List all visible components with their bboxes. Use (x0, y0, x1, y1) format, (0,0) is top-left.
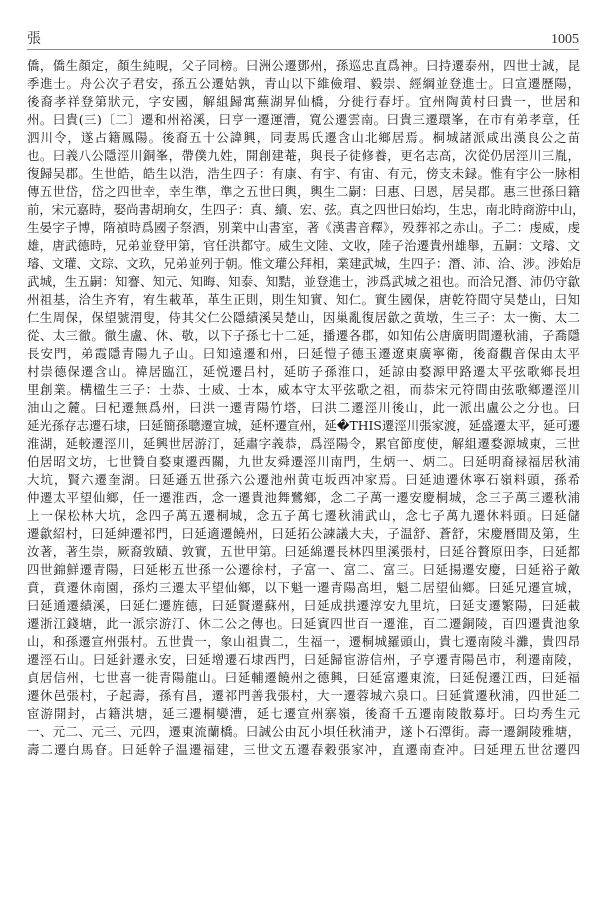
text-line: 璿、文瓘、文琮、文玖，兄弟並列于朝。惟文瓘公拜相，業建武城，生四子：潛、沛、洽、… (27, 255, 580, 273)
text-line: 汝著，著生崇，厥裔敦賾、敦實，五世甲第。曰延綿遷長林四里溪張村，曰延谷贅原田李，… (27, 543, 580, 561)
text-line: 前，宋元嘉時，娶尚書胡珦女，生四子：真、續、宏、弦。真之四世曰始均，生忠，南北時… (27, 201, 580, 219)
text-line: 伯居昭文坊，七世贊自婺東遷西關，九世友舜遷涇川南門，生炳一、炳二。曰延明裔禄福居… (27, 453, 580, 471)
text-line: 里創業。構楹生三子：士恭、士威、士本，威本守太平弦歌之祖，而恭宋元符間由弦歌鄉遷… (27, 381, 580, 399)
text-line: 州。曰貴(三)〔二〕遷和州裕溪，曰亨一遷運漕，寬公遷雲南。曰貴三遷環峯，在市有弟… (27, 111, 580, 129)
text-line: 從、太三徹。徹生盧、休、敬，以下子孫七十二延，播遷各郡，如知佑公唐廣明間遷秋浦，… (27, 327, 580, 345)
text-line: 村崇德保遷含山。禕居臨江，延悦遷吕村，延昉子孫淮口，延諒由婺源甲路遷太平弦歌鄉長… (27, 363, 580, 381)
text-line: 遷涇石山。曰延針遷永安，曰延增遷石埭西門，曰延歸宦游信州，子亨遷青陽邑市，利遷南… (27, 651, 580, 669)
text-line: 遷休邑張村，子起壽，孫有昌，遷祁門善我張村，大一遷蓉城六泉口。曰延賞遷秋浦，四世… (27, 687, 580, 705)
text-line: 貞居信州，七世喜一徙青陽龍山。曰延輔遷饒州之德興，曰延富遷東流，曰延倪遷江西，曰… (27, 669, 580, 687)
page-number: 1005 (551, 32, 579, 48)
running-title: 張 (27, 28, 41, 48)
text-line: 曰延通遷績溪，曰延仁遷旌德，曰延賢遷蘇州，曰延成拱遷淳安九里坑，曰延支遷繁陽，曰… (27, 597, 580, 615)
text-line: 遷歙紹村，曰延紳遷祁門，曰延適遷饒州，曰延拓公諫議大夫，子温舒、蒼舒，宋慶曆間及… (27, 525, 580, 543)
text-line (27, 759, 580, 777)
text-line: 武城，生五嗣：知謇、知元、知晦、知泰、知黠，並登進士，涉爲武城之祖也。而洽兄潛、… (27, 273, 580, 291)
text-line (27, 777, 580, 795)
text-line: 壽二遷白馬眘。曰延幹子温遷福建，三世文五遷春穀張家冲，直遷南查冲。曰延理五世岔遷… (27, 741, 580, 759)
text-line: 仲遷太平望仙鄉，任一遷淮西，念一遷貴池舞鷺鄉，念二子萬一遷安慶桐城，念三子萬三遷… (27, 489, 580, 507)
text-line (27, 795, 580, 813)
text-line: 後裔孝祥登第狀元，字安國，解組歸寓蕪湖昇仙橋，分徙行春圩。宜州陶黄村曰貴一，世居… (27, 93, 580, 111)
text-line: 一、元二、元三、元四，遷東流蘭橋。曰誠公由瓦小垻任秋浦尹，遂卜石潭街。壽一遷銅陵… (27, 723, 580, 741)
text-line: 州祖基，洽生齐宥，宥生載革，革生正則，則生知實、知仁。實生國保，唐乾符間守吴楚山… (27, 291, 580, 309)
text-line: 上一保松林大坑，念四子萬五遷桐城，念五子萬七遷秋浦武山，念七子萬九遷休料頭。曰延… (27, 507, 580, 525)
text-line: 雄，唐武德時，兄弟並登甲第，官任洪都守。威生文陸、文收，陸子治遷貴州雄舉，五嗣：… (27, 237, 580, 255)
text-line: 賁，賁遷休南園，孫灼三遷太平望仙鄉，以下魁一遷青陽高坦，魁二居望仙鄉。曰延兄遷宣… (27, 579, 580, 597)
body-text: 僑，僑生顏定，顏生純晛，父子同榜。曰洲公遷鄧州，孫巡忠直爲神。曰持遷泰州，四世士… (27, 57, 580, 849)
text-line: 大坑，賢六遷奎湖。曰延遜五世孫六公遷池州黄屯坂西冲家焉。曰延迪遷休寧石嶺料頭，孫… (27, 471, 580, 489)
text-line (27, 813, 580, 831)
text-line: 延光孫存志遷石埭，曰延簡孫聰遷宣城，延杯遷宣州，延�THIS遷涇川張家渡，延盛遷… (27, 417, 580, 435)
text-line: 四世錦鮮遷青陽，曰延彬五世孫一公遷徐村，子富一、富二、富三。曰延揚遷安慶，曰延裕… (27, 561, 580, 579)
text-line: 僑，僑生顏定，顏生純晛，父子同榜。曰洲公遷鄧州，孫巡忠直爲神。曰持遷泰州，四世士… (27, 57, 580, 75)
header-rule (27, 49, 579, 50)
text-line: 遷浙江錢塘，此一派宗游汀、休二公之傳也。曰延賓四世百一遷淮，百二遷銅陵，百四遷貴… (27, 615, 580, 633)
text-line: 季進士。舟公次子君安，孫五公遷姑孰，青山以下維儉瑁、毅崇、經綱並登進士。曰宣遷歷… (27, 75, 580, 93)
text-line: 也。曰義八公隱涇川銅峯，帶僕九姓，開創建菴，與長子徒修養，更名志高，次從仍居涇川… (27, 147, 580, 165)
page-header: 張 1005 (27, 24, 579, 48)
text-line: 長安門，弟霞隱青陽九子山。曰知遠遷和州，曰延愷子德玉遷遼東廣寧衛，後裔觀音保由太… (27, 345, 580, 363)
text-line: 復歸吴郡。生世皓，皓生以浩，浩生四子：有康、有宇、有宙、有元，傍支未録。惟有宇公… (27, 165, 580, 183)
text-line: 生晏字子博，隋禎時爲國子祭酒，别業中山書室，著《漢書音釋》，殁葬祁之赤山。子二：… (27, 219, 580, 237)
text-line: 淮湖，延較遷涇川，延興世居游汀，延肅字義恭，爲涇陽令，累官節度使，解組遷婺源城東… (27, 435, 580, 453)
text-line: 宦游開封，占籍洪塘，延三遷桐孌漕，延七遷宣州寨嶺，後裔千五遷南陵散募圩。曰均秀生… (27, 705, 580, 723)
text-line: 泗川令，遂占籍鳳陽。後裔五十公諱興，同妻馬氏遷含山北鄉居焉。桐城諸派咸出漢良公之… (27, 129, 580, 147)
text-line (27, 831, 580, 849)
text-line: 傳五世岱，岱之四世幸，幸生準，準之五世曰輿，輿生二嗣：曰惠、曰恩，居吴郡。惠三世… (27, 183, 580, 201)
text-line: 油山之麓。曰杞遷無爲州，曰洪一遷青陽竹塔，曰洪二遷涇川後山，此一派出盧公之分也。… (27, 399, 580, 417)
text-line: 仁生周保，保望號渭叟，侍其父仁公隱績溪吴楚山，因巢亂復居歙之黄墩，生三子：太一衡… (27, 309, 580, 327)
text-line: 山，和孫遷宣州張村。五世貴一，象山祖貴二，生福一，遷桐城羅頭山，貴七遷南陵斗灘，… (27, 633, 580, 651)
